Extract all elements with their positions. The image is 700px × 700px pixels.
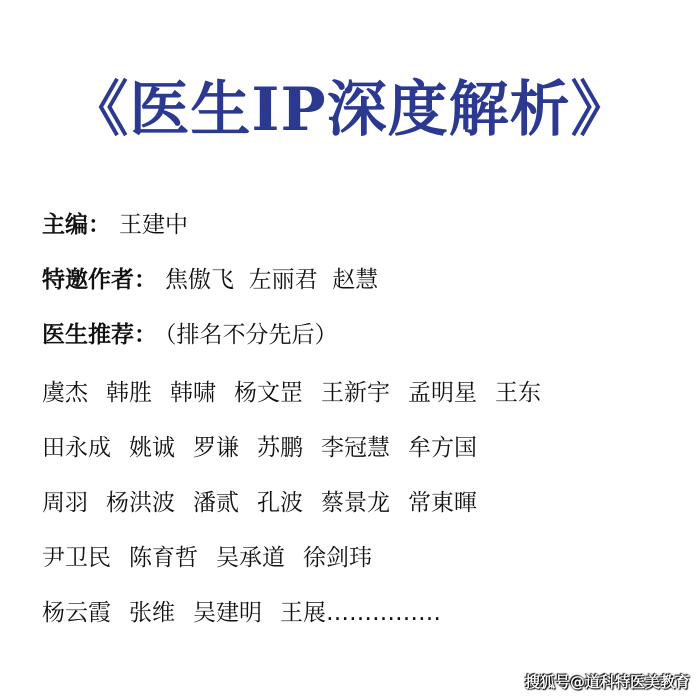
editor-line: 主编：王建中 — [42, 210, 188, 240]
doctor-name: 杨云霞 — [42, 600, 111, 626]
doctor-name: 吴承道 — [216, 545, 285, 571]
doctor-name: 姚诚 — [129, 435, 175, 461]
doctor-name: 尹卫民 — [42, 545, 111, 571]
doctor-row-1: 虞杰韩胜韩啸杨文罡王新宇孟明星王东 — [42, 378, 559, 408]
doctor-name: 李冠慧 — [321, 435, 390, 461]
doctor-row-4: 尹卫民陈育哲吴承道徐剑玮 — [42, 543, 390, 573]
guest-authors-line: 特邀作者：焦傲飞 左丽君 赵慧 — [42, 265, 378, 295]
doctor-name: 韩胜 — [106, 380, 152, 406]
guest-authors-label: 特邀作者： — [42, 267, 157, 293]
doctor-name: 周羽 — [42, 490, 88, 516]
doctor-name: 田永成 — [42, 435, 111, 461]
doctor-name: 蔡景龙 — [321, 490, 390, 516]
doctor-name: 罗谦 — [193, 435, 239, 461]
watermark: 搜狐号@道科特医美教育 — [525, 671, 690, 692]
doctor-name: 王东 — [495, 380, 541, 406]
doctor-row-5: 杨云霞张维吴建明王展…………… — [42, 598, 459, 628]
doctor-name: 王新宇 — [321, 380, 390, 406]
doctor-row-3: 周羽杨洪波潘贰孔波蔡景龙常東暉 — [42, 488, 495, 518]
doctor-name: 潘贰 — [193, 490, 239, 516]
doctor-name: 苏鹏 — [257, 435, 303, 461]
doctor-name: 杨文罡 — [234, 380, 303, 406]
doctor-name: 牟方国 — [408, 435, 477, 461]
doctor-name: 张维 — [129, 600, 175, 626]
editor-value: 王建中 — [119, 212, 188, 238]
doctor-name: 杨洪波 — [106, 490, 175, 516]
doctor-name: 王展…………… — [280, 600, 441, 626]
recommend-value: （排名不分先后） — [165, 322, 338, 348]
doctor-name: 吴建明 — [193, 600, 262, 626]
doctor-row-2: 田永成姚诚罗谦苏鹏李冠慧牟方国 — [42, 433, 495, 463]
doctor-name: 徐剑玮 — [303, 545, 372, 571]
doctor-name: 孟明星 — [408, 380, 477, 406]
guest-authors-value: 焦傲飞 左丽君 赵慧 — [165, 267, 378, 293]
doctor-name: 常東暉 — [408, 490, 477, 516]
page-title: 《医生IP深度解析》 — [0, 70, 700, 150]
recommend-line: 医生推荐：（排名不分先后） — [42, 320, 338, 350]
doctor-name: 韩啸 — [170, 380, 216, 406]
recommend-label: 医生推荐： — [42, 322, 157, 348]
editor-label: 主编： — [42, 212, 111, 238]
doctor-name: 孔波 — [257, 490, 303, 516]
doctor-name: 虞杰 — [42, 380, 88, 406]
doctor-name: 陈育哲 — [129, 545, 198, 571]
